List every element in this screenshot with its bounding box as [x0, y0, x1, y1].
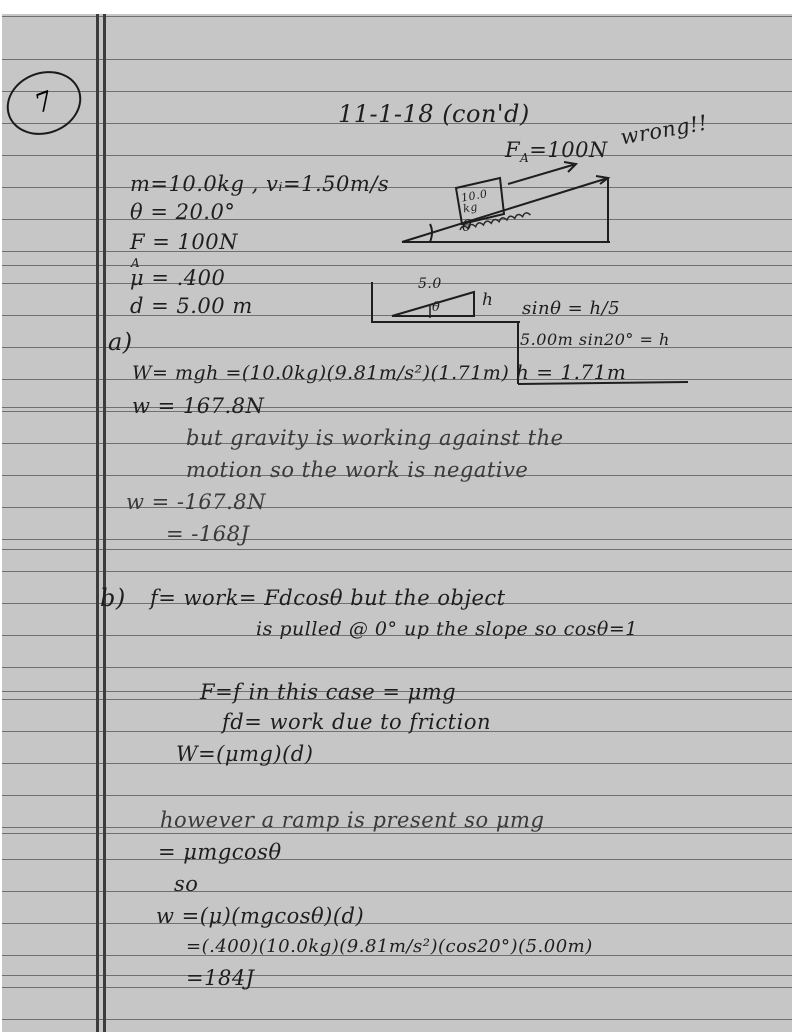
part-b-line: =(.400)(10.0kg)(9.81m/s²)(cos20°)(5.00m) — [186, 936, 593, 957]
height-calc-line-2: 5.00m sin20° = h — [520, 330, 670, 349]
part-b-line: fd= work due to friction — [222, 710, 491, 734]
part-b-line: so — [174, 872, 198, 896]
part-a-label: a) — [108, 328, 133, 356]
given-mu: μ = .400 — [130, 266, 225, 290]
height-label: h — [482, 290, 493, 310]
given-theta: θ = 20.0° — [130, 200, 235, 224]
given-mass: m=10.0kg , vᵢ=1.50m/s — [130, 172, 389, 196]
part-b-line: f= work= Fdcosθ but the object — [150, 586, 506, 610]
incline-diagram — [400, 160, 620, 250]
hypotenuse-label: 5.0 — [418, 276, 442, 292]
part-a-line: motion so the work is negative — [186, 458, 528, 482]
given-force: F = 100N — [130, 230, 238, 254]
margin-line — [103, 14, 106, 1032]
given-distance: d = 5.00 m — [130, 294, 253, 318]
margin-line — [96, 14, 99, 1032]
triangle-angle-label: θ — [432, 300, 440, 315]
part-a-line: but gravity is working against the — [186, 426, 564, 450]
part-b-line: w =(μ)(mgcosθ)(d) — [156, 904, 364, 928]
part-b-label: b) — [100, 584, 126, 612]
part-a-line: = -168J — [166, 522, 249, 546]
part-a-line: w = 167.8N — [132, 394, 264, 418]
part-b-line: W=(μmg)(d) — [176, 742, 313, 766]
incline-angle-label: θ — [462, 216, 472, 235]
part-b-line: F=f in this case = μmg — [200, 680, 456, 704]
part-b-line: is pulled @ 0° up the slope so cosθ=1 — [256, 618, 638, 640]
part-a-line: w = -167.8N — [126, 490, 266, 514]
part-a-line: W= mgh =(10.0kg)(9.81m/s²)(1.71m) — [132, 362, 509, 384]
part-b-line: = μmgcosθ — [158, 840, 282, 864]
part-b-line: however a ramp is present so μmg — [160, 808, 544, 832]
date-header: 11-1-18 (con'd) — [338, 100, 530, 128]
part-b-line: =184J — [186, 966, 255, 990]
height-calc-line-3: h = 1.71m — [516, 360, 626, 384]
ruled-lines — [2, 0, 792, 1035]
force-label: FA=100N — [505, 138, 608, 165]
page-number: 7 — [31, 86, 57, 120]
height-calc-line-1: sinθ = h/5 — [522, 298, 620, 319]
